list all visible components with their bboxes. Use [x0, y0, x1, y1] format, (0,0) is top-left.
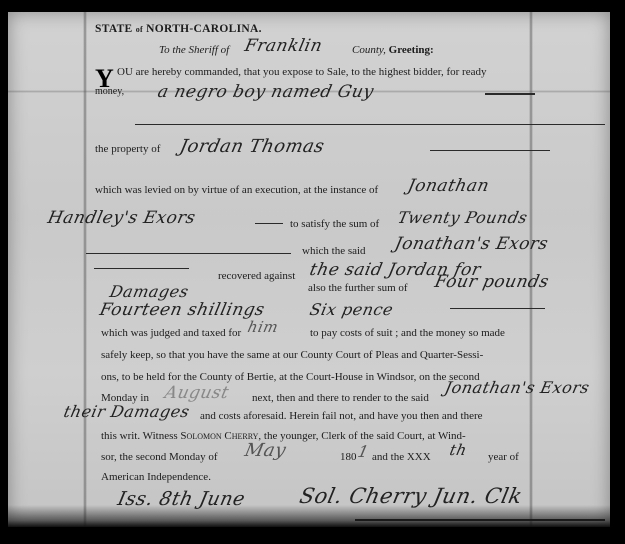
- fill-rule: [430, 150, 550, 151]
- label-recovered: recovered against: [218, 270, 295, 282]
- hw-month-witness: May: [243, 440, 288, 461]
- line-levied: which was levied on by virtue of an exec…: [95, 184, 378, 196]
- line-costs: and costs aforesaid. Herein fail not, an…: [200, 410, 483, 422]
- hw-said-party: Jonathan's Exors: [393, 234, 550, 254]
- label-further: also the further sum of: [308, 282, 408, 294]
- line-monday-suffix: next, then and there to render to the sa…: [252, 392, 429, 404]
- fill-rule: [135, 124, 605, 125]
- hw-endorsement: Iss. 8th June: [116, 488, 248, 510]
- hw-render-to: Jonathan's Exors: [443, 378, 591, 397]
- fill-rule: [94, 268, 189, 269]
- fill-rule: [255, 223, 283, 224]
- hw-plaintiff-first: Jonathan: [406, 176, 491, 196]
- heading-state: STATE: [95, 23, 133, 35]
- line-safely: safely keep, so that you have the same a…: [101, 349, 483, 361]
- fill-rule: [450, 308, 545, 309]
- hw-further-sum: Four pounds: [433, 272, 551, 292]
- label-which-said: which the said: [302, 245, 366, 257]
- hw-county: Franklin: [243, 36, 324, 56]
- line-sor-suffix: year of: [488, 451, 519, 463]
- county-label: County,: [352, 44, 386, 56]
- salutation-prefix: To the Sheriff of: [159, 44, 229, 56]
- hw-plaintiff-second: Handley's Exors: [46, 208, 198, 228]
- heading-of: of: [136, 25, 143, 34]
- line-sor-mid: and the XXX: [372, 451, 431, 463]
- writ-suffix: the younger, Clerk of the said Court, at…: [264, 430, 466, 442]
- greeting: Greeting:: [389, 44, 434, 56]
- hw-their-damages: their Damages: [62, 402, 192, 421]
- line-command: OU are hereby commanded, that you expose…: [117, 66, 486, 78]
- hw-pence: Six pence: [308, 300, 395, 319]
- hw-taxed-for: him: [246, 318, 280, 336]
- salutation-end: County, Greeting:: [352, 44, 434, 56]
- line-judged-suffix: to pay costs of suit ; and the money so …: [310, 327, 505, 339]
- year-prefix: 180: [340, 451, 357, 463]
- label-property: the property of: [95, 143, 160, 155]
- hw-owner: Jordan Thomas: [178, 136, 327, 157]
- hw-sum: Twenty Pounds: [396, 208, 529, 227]
- signature-flourish: [355, 519, 605, 521]
- hw-shillings: Fourteen shillings: [98, 300, 267, 320]
- document-heading: STATE of NORTH-CAROLINA.: [95, 23, 262, 35]
- line-judged-prefix: which was judged and taxed for: [101, 327, 241, 339]
- hw-goods: a negro boy named Guy: [156, 82, 376, 102]
- heading-place: NORTH-CAROLINA.: [146, 23, 262, 35]
- line-sessions: ons, to be held for the County of Bertie…: [101, 371, 480, 383]
- line-sor-prefix: sor, the second Monday of: [101, 451, 218, 463]
- fill-rule: [485, 93, 535, 95]
- hw-month-court: August: [163, 383, 231, 403]
- label-satisfy: to satisfy the sum of: [290, 218, 379, 230]
- label-money: money,: [95, 86, 124, 97]
- fill-rule: [86, 253, 291, 254]
- writ-prefix: this writ. Witness: [101, 430, 178, 442]
- hw-damages-label: Damages: [108, 282, 191, 301]
- hw-signature: Sol. Cherry Jun. Clk: [297, 484, 524, 508]
- line-independence: American Independence.: [101, 471, 211, 483]
- bottom-stain: [8, 505, 610, 527]
